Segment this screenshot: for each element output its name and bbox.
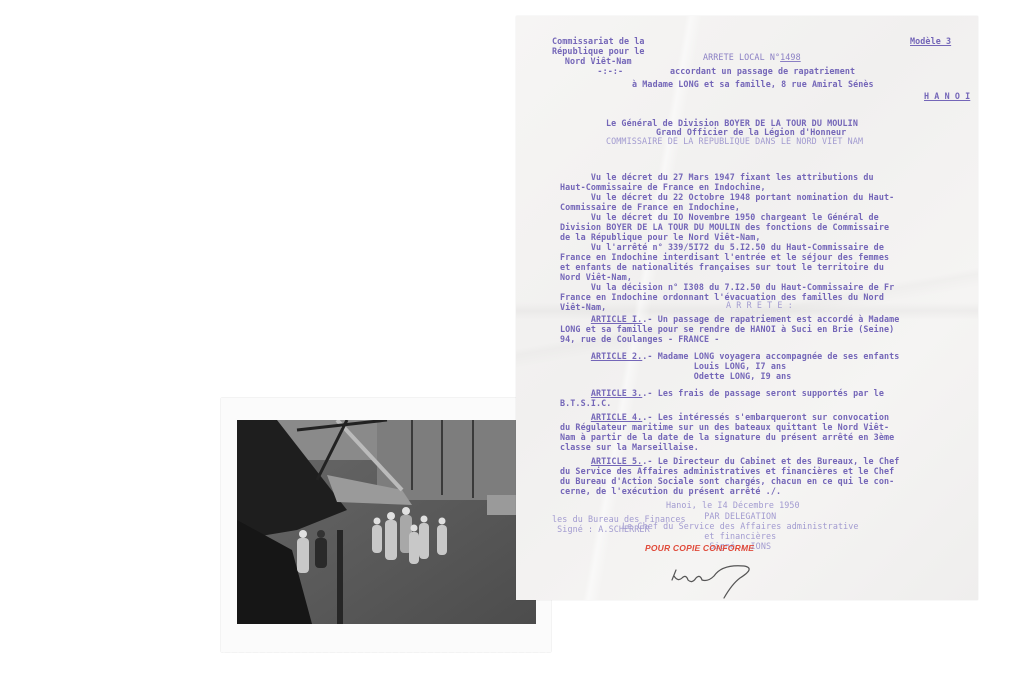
decree-subtitle: accordant un passage de rapatriement <box>670 66 855 76</box>
article-label: ARTICLE 4. <box>591 412 642 422</box>
article-5: ARTICLE 5..- Le Directeur du Cabinet et … <box>560 456 899 496</box>
photograph <box>221 398 551 652</box>
considerations: Vu le décret du 27 Mars 1947 fixant les … <box>560 172 894 312</box>
handwritten-signature <box>666 558 761 603</box>
issuer-block: Commissariat de la République pour le No… <box>552 36 645 76</box>
article-label: ARTICLE 3. <box>591 388 642 398</box>
photo-image <box>237 420 536 624</box>
recipient-address: à Madame LONG et sa famille, 8 rue Amira… <box>632 79 874 89</box>
arrete-heading: A R R E T E : <box>726 300 793 310</box>
place-date: Hanoi, le I4 Décembre 1950 <box>666 500 800 510</box>
article-1: ARTICLE I..- Un passage de rapatriement … <box>560 314 899 344</box>
authority-line-3: COMMISSAIRE DE LA REPUBLIQUE DANS LE NOR… <box>606 136 863 146</box>
model-label: Modèle 3 <box>910 36 951 46</box>
article-4: ARTICLE 4..- Les intéressés s'embarquero… <box>560 412 894 452</box>
city-label: H A N O I <box>924 91 970 101</box>
article-label: ARTICLE I. <box>591 314 642 324</box>
repatriation-decree-document: Commissariat de la République pour le No… <box>516 16 978 600</box>
article-2: ARTICLE 2..- Madame LONG voyagera accomp… <box>560 351 899 381</box>
certified-copy-stamp: POUR COPIE CONFORME <box>645 543 754 553</box>
article-3: ARTICLE 3..- Les frais de passage seront… <box>560 388 884 408</box>
decree-title: ARRETE LOCAL N°1498 <box>703 52 801 62</box>
article-label: ARTICLE 2. <box>591 351 642 361</box>
article-label: ARTICLE 5. <box>591 456 642 466</box>
